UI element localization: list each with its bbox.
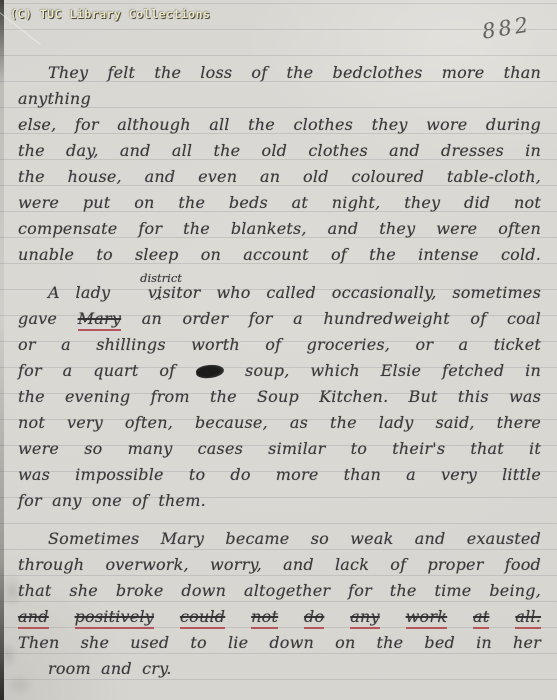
inserted-word: district xyxy=(110,273,182,285)
struck-word: work xyxy=(406,607,447,629)
paragraph: They felt the loss of the bedclothes mor… xyxy=(18,60,541,268)
page-edge-shadow xyxy=(0,0,4,700)
handwritten-text: Then she used to lie down on the bed in … xyxy=(18,633,541,652)
handwritten-text: an order for a hundredweight of coal xyxy=(142,309,541,328)
struck-word: not xyxy=(251,607,278,629)
library-watermark: (C) TUC Library Collections xyxy=(10,7,210,21)
handwritten-text: the day, and all the old clothes and dre… xyxy=(18,141,541,160)
handwritten-text: A lady xyxy=(48,283,110,302)
handwritten-text: were put on the beds at night, they did … xyxy=(18,193,541,212)
manuscript-line: Sometimes Mary became so weak and exaust… xyxy=(18,526,541,552)
struck-word: positively xyxy=(75,607,154,629)
manuscript-line: that she broke down altogether for the t… xyxy=(18,578,541,604)
handwritten-body: They felt the loss of the bedclothes mor… xyxy=(18,60,541,682)
manuscript-line: for any one of them. xyxy=(18,488,541,514)
manuscript-line: was impossible to do more than a very li… xyxy=(18,462,541,488)
page-number: 882 xyxy=(480,12,532,43)
handwritten-text: or a shillings worth of groceries, or a … xyxy=(18,335,541,354)
manuscript-line: or a shillings worth of groceries, or a … xyxy=(18,332,541,358)
handwritten-text: Sometimes Mary became so weak and exaust… xyxy=(48,529,541,548)
struck-word: at xyxy=(473,607,489,629)
manuscript-line: Then she used to lie down on the bed in … xyxy=(18,630,541,656)
manuscript-line: gave Mary an order for a hundredweight o… xyxy=(18,306,541,332)
struck-word: could xyxy=(180,607,225,629)
handwritten-text: for a quart of xyxy=(18,361,175,380)
handwritten-text: for any one of them. xyxy=(18,491,206,510)
insertion-mark: district^ xyxy=(126,282,132,298)
manuscript-line: They felt the loss of the bedclothes mor… xyxy=(18,60,541,112)
manuscript-line: the house, and even an old coloured tabl… xyxy=(18,164,541,190)
handwritten-text: were so many cases similar to their's th… xyxy=(18,439,541,458)
handwritten-text: room and cry. xyxy=(48,659,172,678)
handwritten-text: not very often, because, as the lady sai… xyxy=(18,413,541,432)
handwritten-text: gave xyxy=(18,309,57,328)
handwritten-text: They felt the loss of the bedclothes mor… xyxy=(18,63,541,108)
handwritten-text: else, for although all the clothes they … xyxy=(18,115,541,134)
manuscript-line: the evening from the Soup Kitchen. But t… xyxy=(18,384,541,410)
handwritten-text: was impossible to do more than a very li… xyxy=(18,465,541,484)
manuscript-page: (C) TUC Library Collections 882 They fel… xyxy=(0,0,557,700)
manuscript-line: and positively could not do any work at … xyxy=(18,604,541,630)
manuscript-line: compensate for the blankets, and they we… xyxy=(18,216,541,242)
manuscript-line: the day, and all the old clothes and dre… xyxy=(18,138,541,164)
ink-blot-icon xyxy=(196,364,225,379)
manuscript-line: A lady district^ visitor who called occa… xyxy=(18,280,541,306)
handwritten-text: visitor who called occasionally, sometim… xyxy=(148,283,541,302)
struck-word: any xyxy=(350,607,379,629)
struck-word: Mary xyxy=(78,309,121,331)
manuscript-line: room and cry. xyxy=(18,656,541,682)
handwritten-text: unable to sleep on account of the intens… xyxy=(18,245,541,264)
manuscript-line: were so many cases similar to their's th… xyxy=(18,436,541,462)
manuscript-line: were put on the beds at night, they did … xyxy=(18,190,541,216)
paragraph: A lady district^ visitor who called occa… xyxy=(18,280,541,514)
manuscript-line: unable to sleep on account of the intens… xyxy=(18,242,541,268)
caret-icon: ^ xyxy=(123,296,162,307)
paragraph: Sometimes Mary became so weak and exaust… xyxy=(18,526,541,682)
handwritten-text: compensate for the blankets, and they we… xyxy=(18,219,541,238)
manuscript-line: for a quart of soup, which Elsie fetched… xyxy=(18,358,541,384)
manuscript-line: not very often, because, as the lady sai… xyxy=(18,410,541,436)
handwritten-text: the evening from the Soup Kitchen. But t… xyxy=(18,387,541,406)
struck-word: all. xyxy=(515,607,541,629)
handwritten-text: the house, and even an old coloured tabl… xyxy=(18,167,541,186)
manuscript-line: else, for although all the clothes they … xyxy=(18,112,541,138)
handwritten-text: through overwork, worry, and lack of pro… xyxy=(18,555,541,574)
struck-word: and xyxy=(18,607,49,629)
handwritten-text: that she broke down altogether for the t… xyxy=(18,581,541,600)
handwritten-text: soup, which Elsie fetched in xyxy=(245,361,541,380)
struck-word: do xyxy=(304,607,324,629)
manuscript-line: through overwork, worry, and lack of pro… xyxy=(18,552,541,578)
